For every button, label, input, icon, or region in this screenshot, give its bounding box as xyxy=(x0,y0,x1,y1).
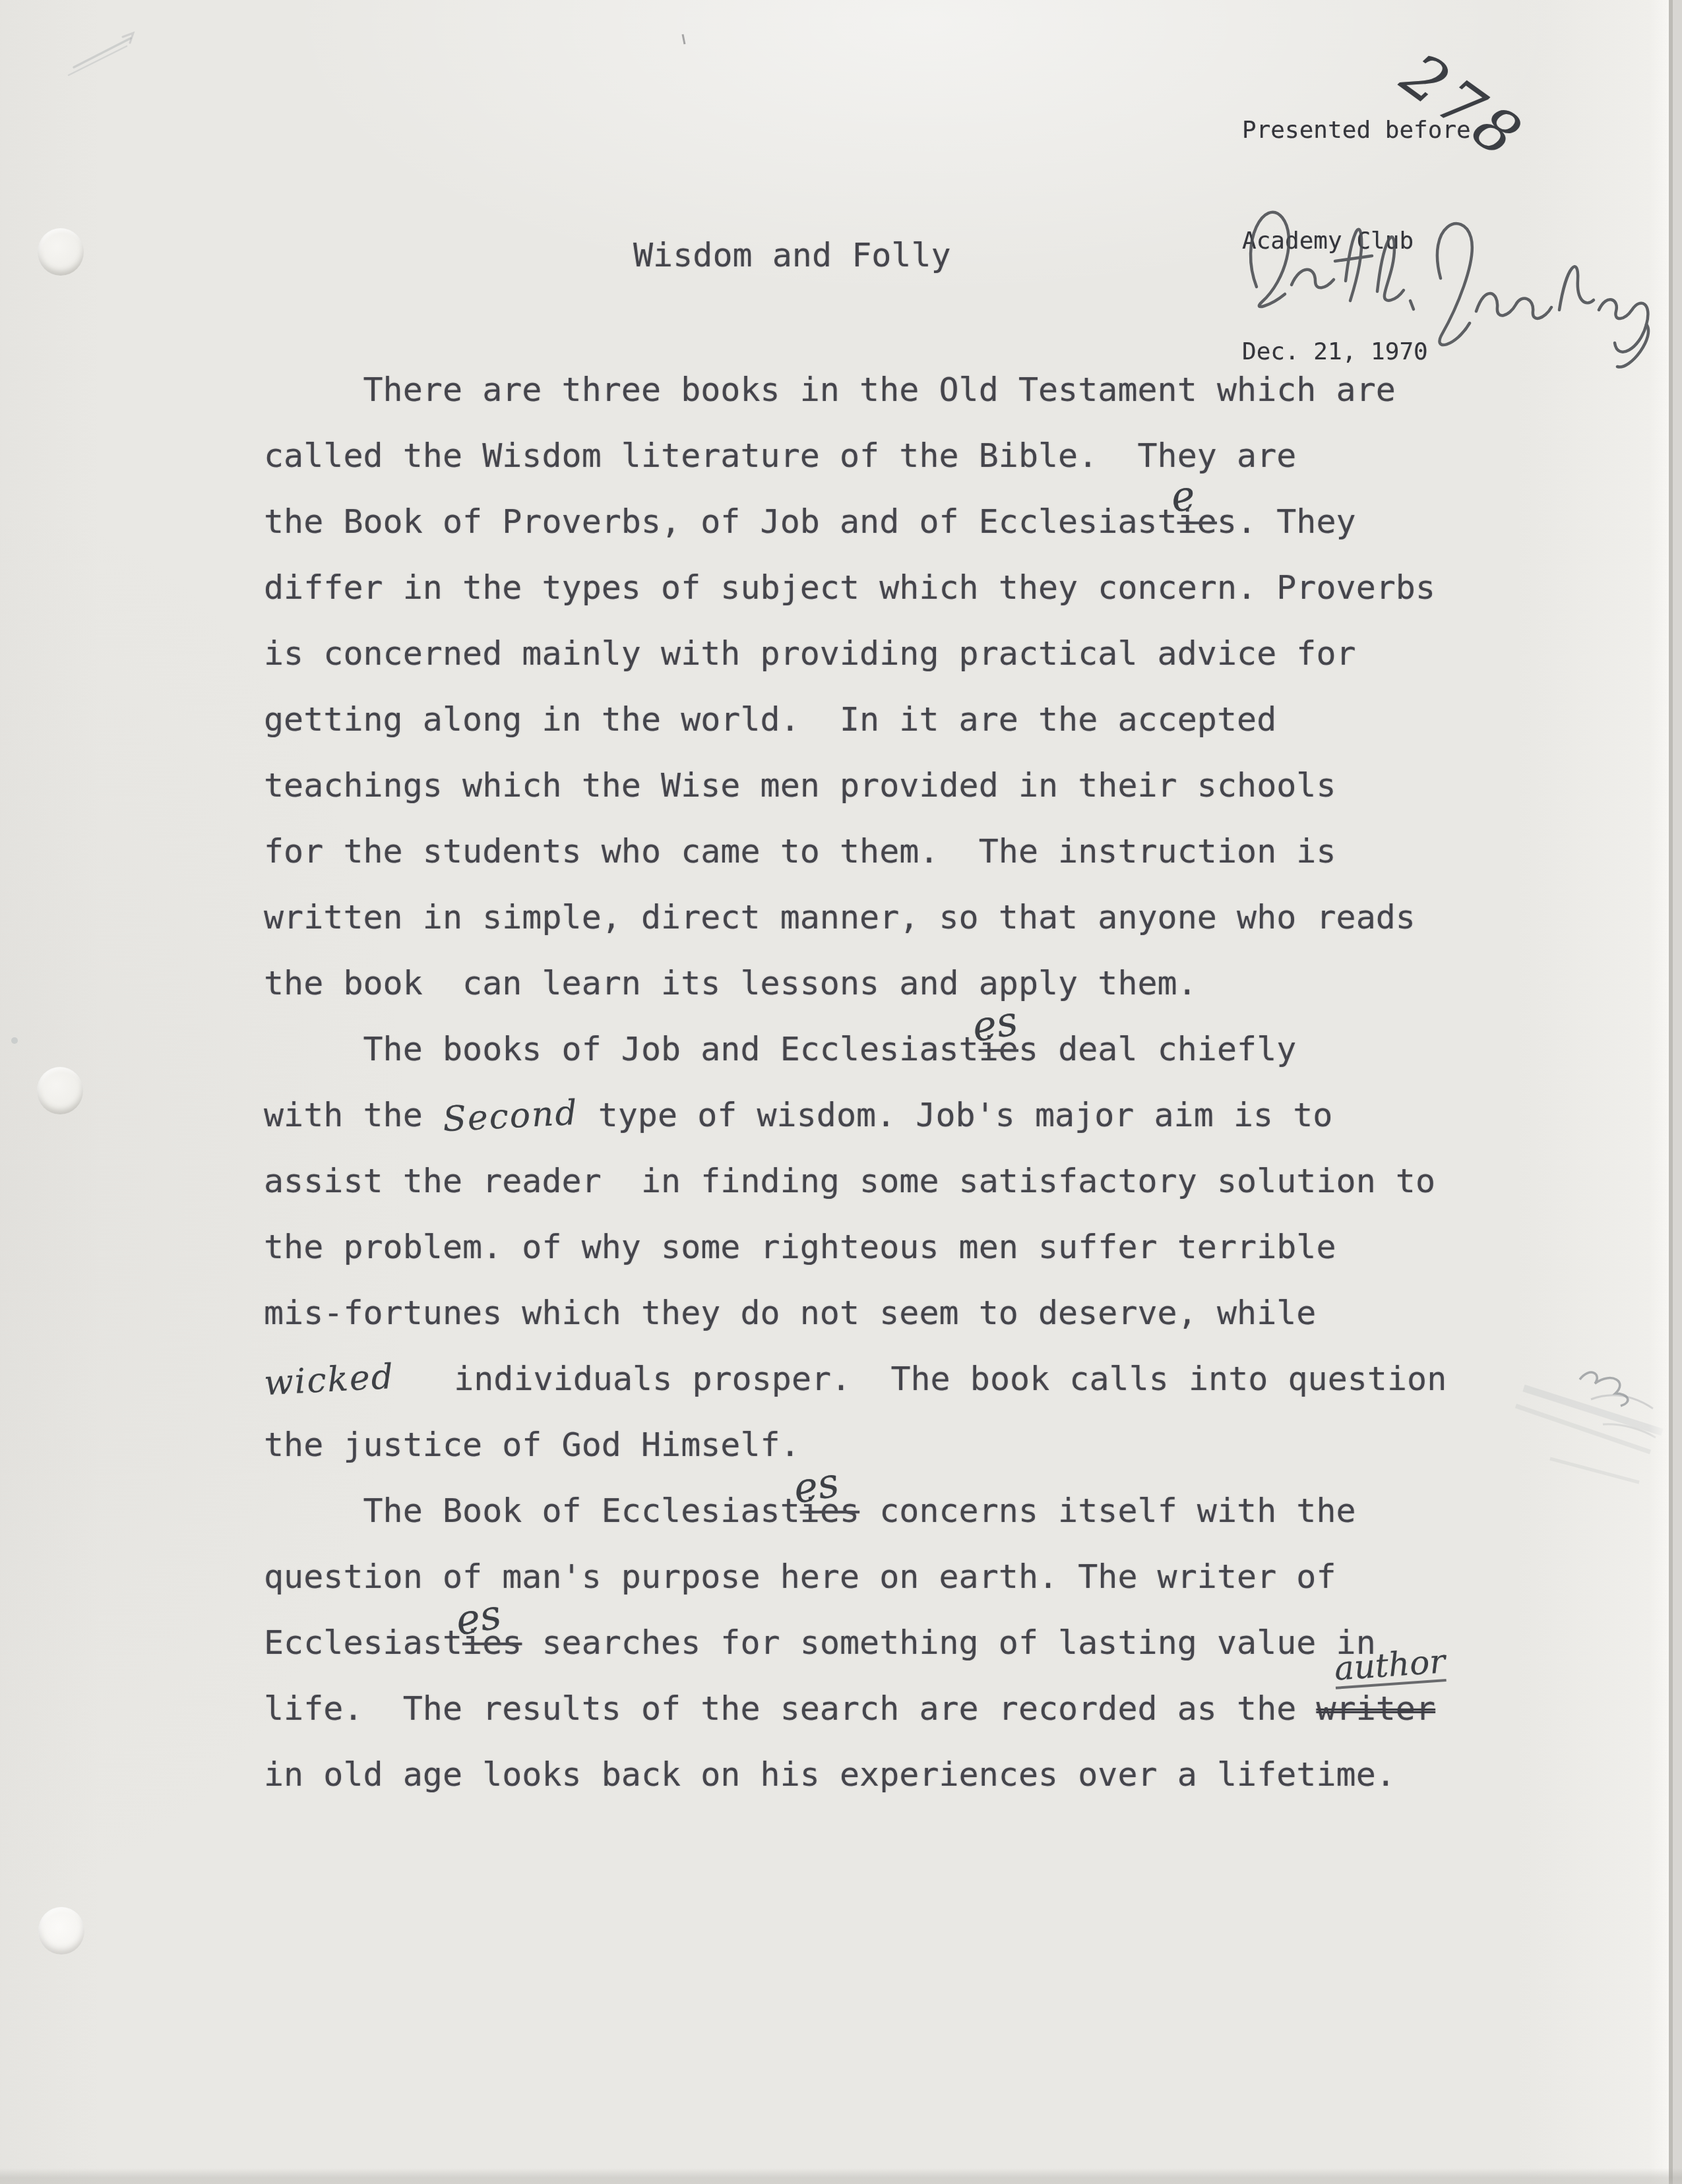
typed-line: There are three books in the Old Testame… xyxy=(264,371,1396,409)
handwritten-correction: e xyxy=(1168,474,1199,518)
typed-line: the book can learn its lessons and apply… xyxy=(264,964,1197,1002)
hole-punch-bottom xyxy=(38,1907,84,1955)
typed-line: wicked individuals prosper. The book cal… xyxy=(264,1360,1447,1398)
typed-line: is concerned mainly with providing pract… xyxy=(264,634,1356,673)
typed-line: mis-fortunes which they do not seem to d… xyxy=(264,1294,1316,1332)
pencil-mark-top-left xyxy=(69,33,133,75)
handwritten-correction: es xyxy=(452,1594,504,1642)
page-edge-band xyxy=(1673,0,1682,2184)
manuscript-page: Presented before Academy Club Dec. 21, 1… xyxy=(0,0,1682,2184)
typed-line: getting along in the world. In it are th… xyxy=(264,700,1276,739)
typed-line: the Book of Proverbs, of Job and of Eccl… xyxy=(264,502,1356,541)
handwritten-word: Second xyxy=(442,1094,579,1139)
handwritten-word: wicked xyxy=(263,1358,396,1403)
typed-line: assist the reader in finding some satisf… xyxy=(264,1162,1435,1200)
typed-line: for the students who came to them. The i… xyxy=(264,832,1336,870)
typed-line: life. The results of the search are reco… xyxy=(264,1689,1435,1728)
typed-line: with the Second type of wisdom. Job's ma… xyxy=(264,1096,1332,1134)
typed-line: teachings which the Wise men provided in… xyxy=(264,766,1336,804)
hole-punch-middle xyxy=(37,1067,83,1114)
typed-line: the justice of God Himself. xyxy=(264,1426,800,1464)
paper-speck xyxy=(11,1037,18,1044)
page-edge-highlight xyxy=(1649,0,1669,2184)
hole-punch-top xyxy=(38,228,84,276)
page-bottom-shadow xyxy=(0,2168,1682,2184)
overtyped-letters: iee xyxy=(1177,502,1217,541)
page-title: Wisdom and Folly xyxy=(633,236,951,274)
typed-line: The Book of Ecclesiastieses concerns its… xyxy=(264,1492,1356,1530)
overtyped-letters: ieses xyxy=(462,1623,522,1662)
paper-speck xyxy=(683,34,685,44)
pencil-smudge-right xyxy=(1516,1372,1662,1482)
typed-line: the problem. of why some righteous men s… xyxy=(264,1228,1336,1266)
handwritten-correction: es xyxy=(969,1000,1020,1048)
presentation-note-line: Dec. 21, 1970 xyxy=(1242,334,1471,371)
presentation-note-line: Academy Club xyxy=(1242,223,1471,260)
typed-line: called the Wisdom literature of the Bibl… xyxy=(264,437,1296,475)
overtyped-letters: ieses xyxy=(800,1492,859,1530)
typed-line: differ in the types of subject which the… xyxy=(264,568,1435,607)
overtyped-letters: iees xyxy=(979,1030,1018,1068)
typed-line: The books of Job and Ecclesiastieess dea… xyxy=(264,1030,1296,1068)
typed-line: question of man's purpose here on earth.… xyxy=(264,1558,1336,1596)
handwritten-correction: author xyxy=(1334,1645,1447,1689)
typed-line: in old age looks back on his experiences… xyxy=(264,1755,1396,1794)
handwritten-correction: es xyxy=(790,1462,842,1510)
typed-line: Ecclesiastieses searches for something o… xyxy=(264,1623,1376,1662)
typed-line: written in simple, direct manner, so tha… xyxy=(264,898,1416,936)
struck-word: writerauthor xyxy=(1316,1689,1435,1728)
